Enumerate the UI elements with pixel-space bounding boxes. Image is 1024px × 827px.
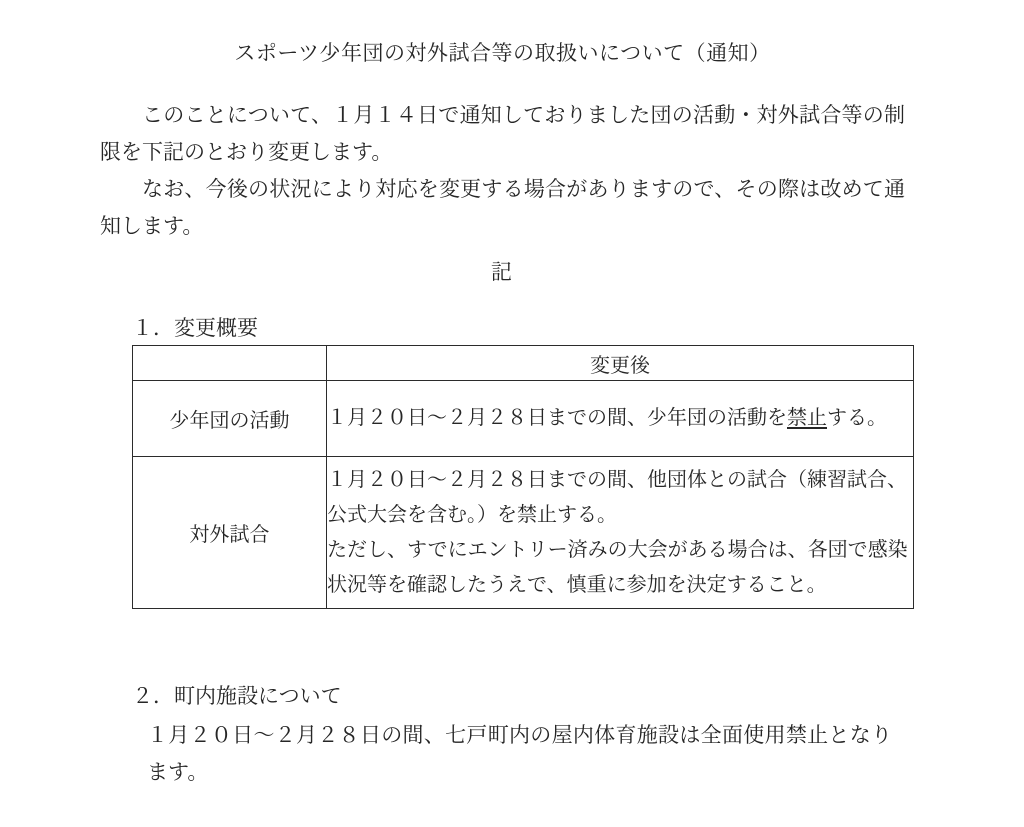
row-detail-matches: １月２０日～２月２８日までの間、他団体との試合（練習試合、公式大会を含む。）を禁… (327, 457, 914, 609)
document-page: スポーツ少年団の対外試合等の取扱いについて（通知） このことについて、１月１４日… (0, 0, 1024, 827)
activity-text-prefix: １月２０日～２月２８日までの間、少年団の活動を (327, 407, 787, 429)
row-label-activity: 少年団の活動 (133, 381, 327, 457)
matches-sentence-1: １月２０日～２月２８日までの間、他団体との試合（練習試合、公式大会を含む。）を禁… (327, 463, 913, 533)
activity-text-underlined: 禁止 (787, 407, 827, 429)
intro-paragraph-2: なお、今後の状況により対応を変更する場合がありますので、その際は改めて通知します… (100, 171, 905, 245)
table-header-after-change: 変更後 (327, 346, 914, 381)
table-header-row: 変更後 (133, 346, 914, 381)
ki-marker: 記 (100, 257, 905, 287)
row-detail-activity: １月２０日～２月２８日までの間、少年団の活動を禁止する。 (327, 381, 914, 457)
section1-heading: １．変更概要 (132, 315, 905, 341)
row-label-matches: 対外試合 (133, 457, 327, 609)
matches-sentence-2: ただし、すでにエントリー済みの大会がある場合は、各団で感染状況等を確認したうえで… (327, 533, 913, 603)
table-row-matches: 対外試合 １月２０日～２月２８日までの間、他団体との試合（練習試合、公式大会を含… (133, 457, 914, 609)
table-row-activity: 少年団の活動 １月２０日～２月２８日までの間、少年団の活動を禁止する。 (133, 381, 914, 457)
section2-body: １月２０日～２月２８日の間、七戸町内の屋内体育施設は全面使用禁止となります。 (147, 717, 892, 791)
section2-heading: ２．町内施設について (132, 683, 905, 709)
activity-text-suffix: する。 (827, 407, 887, 429)
table-corner-cell (133, 346, 327, 381)
intro-paragraph-1: このことについて、１月１４日で通知しておりました団の活動・対外試合等の制限を下記… (100, 97, 905, 171)
change-summary-table: 変更後 少年団の活動 １月２０日～２月２８日までの間、少年団の活動を禁止する。 … (132, 345, 914, 609)
document-title: スポーツ少年団の対外試合等の取扱いについて（通知） (100, 40, 905, 66)
intro-paragraphs: このことについて、１月１４日で通知しておりました団の活動・対外試合等の制限を下記… (100, 97, 905, 245)
